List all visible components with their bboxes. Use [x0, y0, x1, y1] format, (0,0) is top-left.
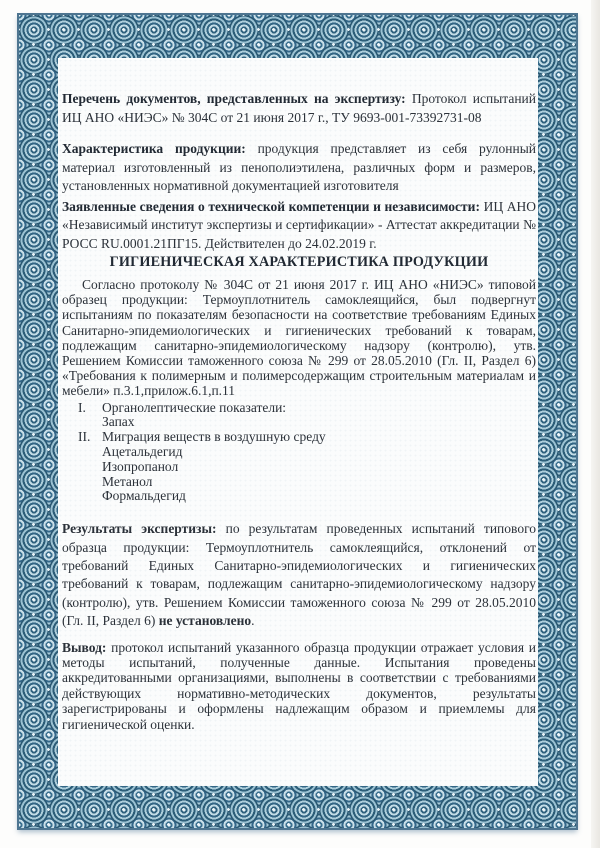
list-item: Запах	[62, 415, 536, 430]
list-item-marker: II.	[62, 430, 102, 445]
list-item-text: Органолептические показатели:	[102, 401, 536, 416]
list-item-marker	[62, 415, 102, 430]
list-item: Метанол	[62, 475, 536, 490]
list-item-marker	[62, 445, 102, 460]
section-product-label: Характеристика продукции:	[62, 141, 246, 156]
hygienic-characteristic-paragraph: Согласно протоколу № 304С от 21 июня 201…	[62, 277, 536, 399]
results-tail: .	[251, 613, 254, 628]
list-item-marker	[62, 475, 102, 490]
list-item-text: Ацетальдегид	[102, 445, 536, 460]
list-item-text: Метанол	[102, 475, 536, 490]
list-item: II. Миграция веществ в воздушную среду	[62, 430, 536, 445]
section-competence: Заявленные сведения о технической компет…	[62, 198, 536, 254]
certificate-frame: Перечень документов, представленных на э…	[17, 13, 578, 830]
scan-page-edge	[591, 0, 600, 848]
section-conclusion: Вывод: протокол испытаний указанного обр…	[62, 640, 536, 732]
section-documents-list: Перечень документов, представленных на э…	[62, 90, 536, 127]
list-item-text: Изопропанол	[102, 460, 536, 475]
list-item: Изопропанол	[62, 460, 536, 475]
test-indicators-list: I. Органолептические показатели: Запах I…	[62, 401, 536, 505]
results-label: Результаты экспертизы:	[62, 521, 217, 536]
list-item-marker: I.	[62, 401, 102, 416]
page-title: ГИГИЕНИЧЕСКАЯ ХАРАКТЕРИСТИКА ПРОДУКЦИИ	[62, 254, 536, 271]
list-item-marker	[62, 489, 102, 504]
list-item-marker	[62, 460, 102, 475]
list-item-text: Запах	[102, 415, 536, 430]
list-item: Ацетальдегид	[62, 445, 536, 460]
document-content: Перечень документов, представленных на э…	[58, 58, 538, 786]
list-item-text: Формальдегид	[102, 489, 536, 504]
section-expert-results: Результаты экспертизы: по результатам пр…	[62, 520, 536, 630]
conclusion-label: Вывод:	[62, 640, 106, 655]
conclusion-text: протокол испытаний указанного образца пр…	[62, 640, 536, 732]
results-emphasis: не установлено	[159, 613, 251, 628]
list-item: I. Органолептические показатели:	[62, 401, 536, 416]
list-item: Формальдегид	[62, 489, 536, 504]
scanned-certificate-page: Перечень документов, представленных на э…	[0, 0, 600, 848]
section-competence-label: Заявленные сведения о технической компет…	[62, 199, 480, 214]
list-item-text: Миграция веществ в воздушную среду	[102, 430, 536, 445]
results-text: по результатам проведенных испытаний тип…	[62, 521, 536, 628]
section-product-description: Характеристика продукции: продукция пред…	[62, 140, 536, 196]
section-documents-label: Перечень документов, представленных на э…	[62, 91, 406, 106]
